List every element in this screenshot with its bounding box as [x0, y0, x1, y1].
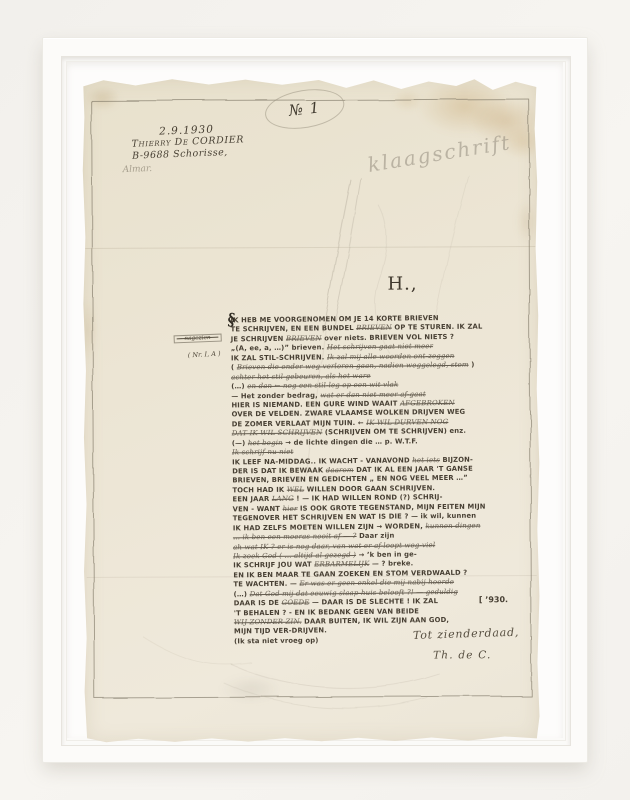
page-number-circle: № 1: [262, 84, 347, 134]
pencil-title: klaagschrift: [366, 130, 513, 177]
page-number: № 1: [288, 98, 321, 119]
framed-manuscript-photo: 2.9.1930 Thierry De CORDIER B-9688 Schor…: [0, 0, 630, 800]
margin-boxed-note: — nagezien —: [174, 334, 222, 344]
sender-block: 2.9.1930 Thierry De CORDIER B-9688 Schor…: [131, 122, 245, 175]
signature: Th. de C.: [433, 649, 492, 661]
margin-reference-note: ( Nr. I, A ): [188, 350, 221, 360]
year-bracket-note: [ ’930.: [479, 595, 508, 604]
manuscript-paper: 2.9.1930 Thierry De CORDIER B-9688 Schor…: [81, 75, 542, 745]
handwriting-layer: 2.9.1930 Thierry De CORDIER B-9688 Schor…: [81, 75, 542, 745]
salutation: H.,: [387, 274, 417, 295]
